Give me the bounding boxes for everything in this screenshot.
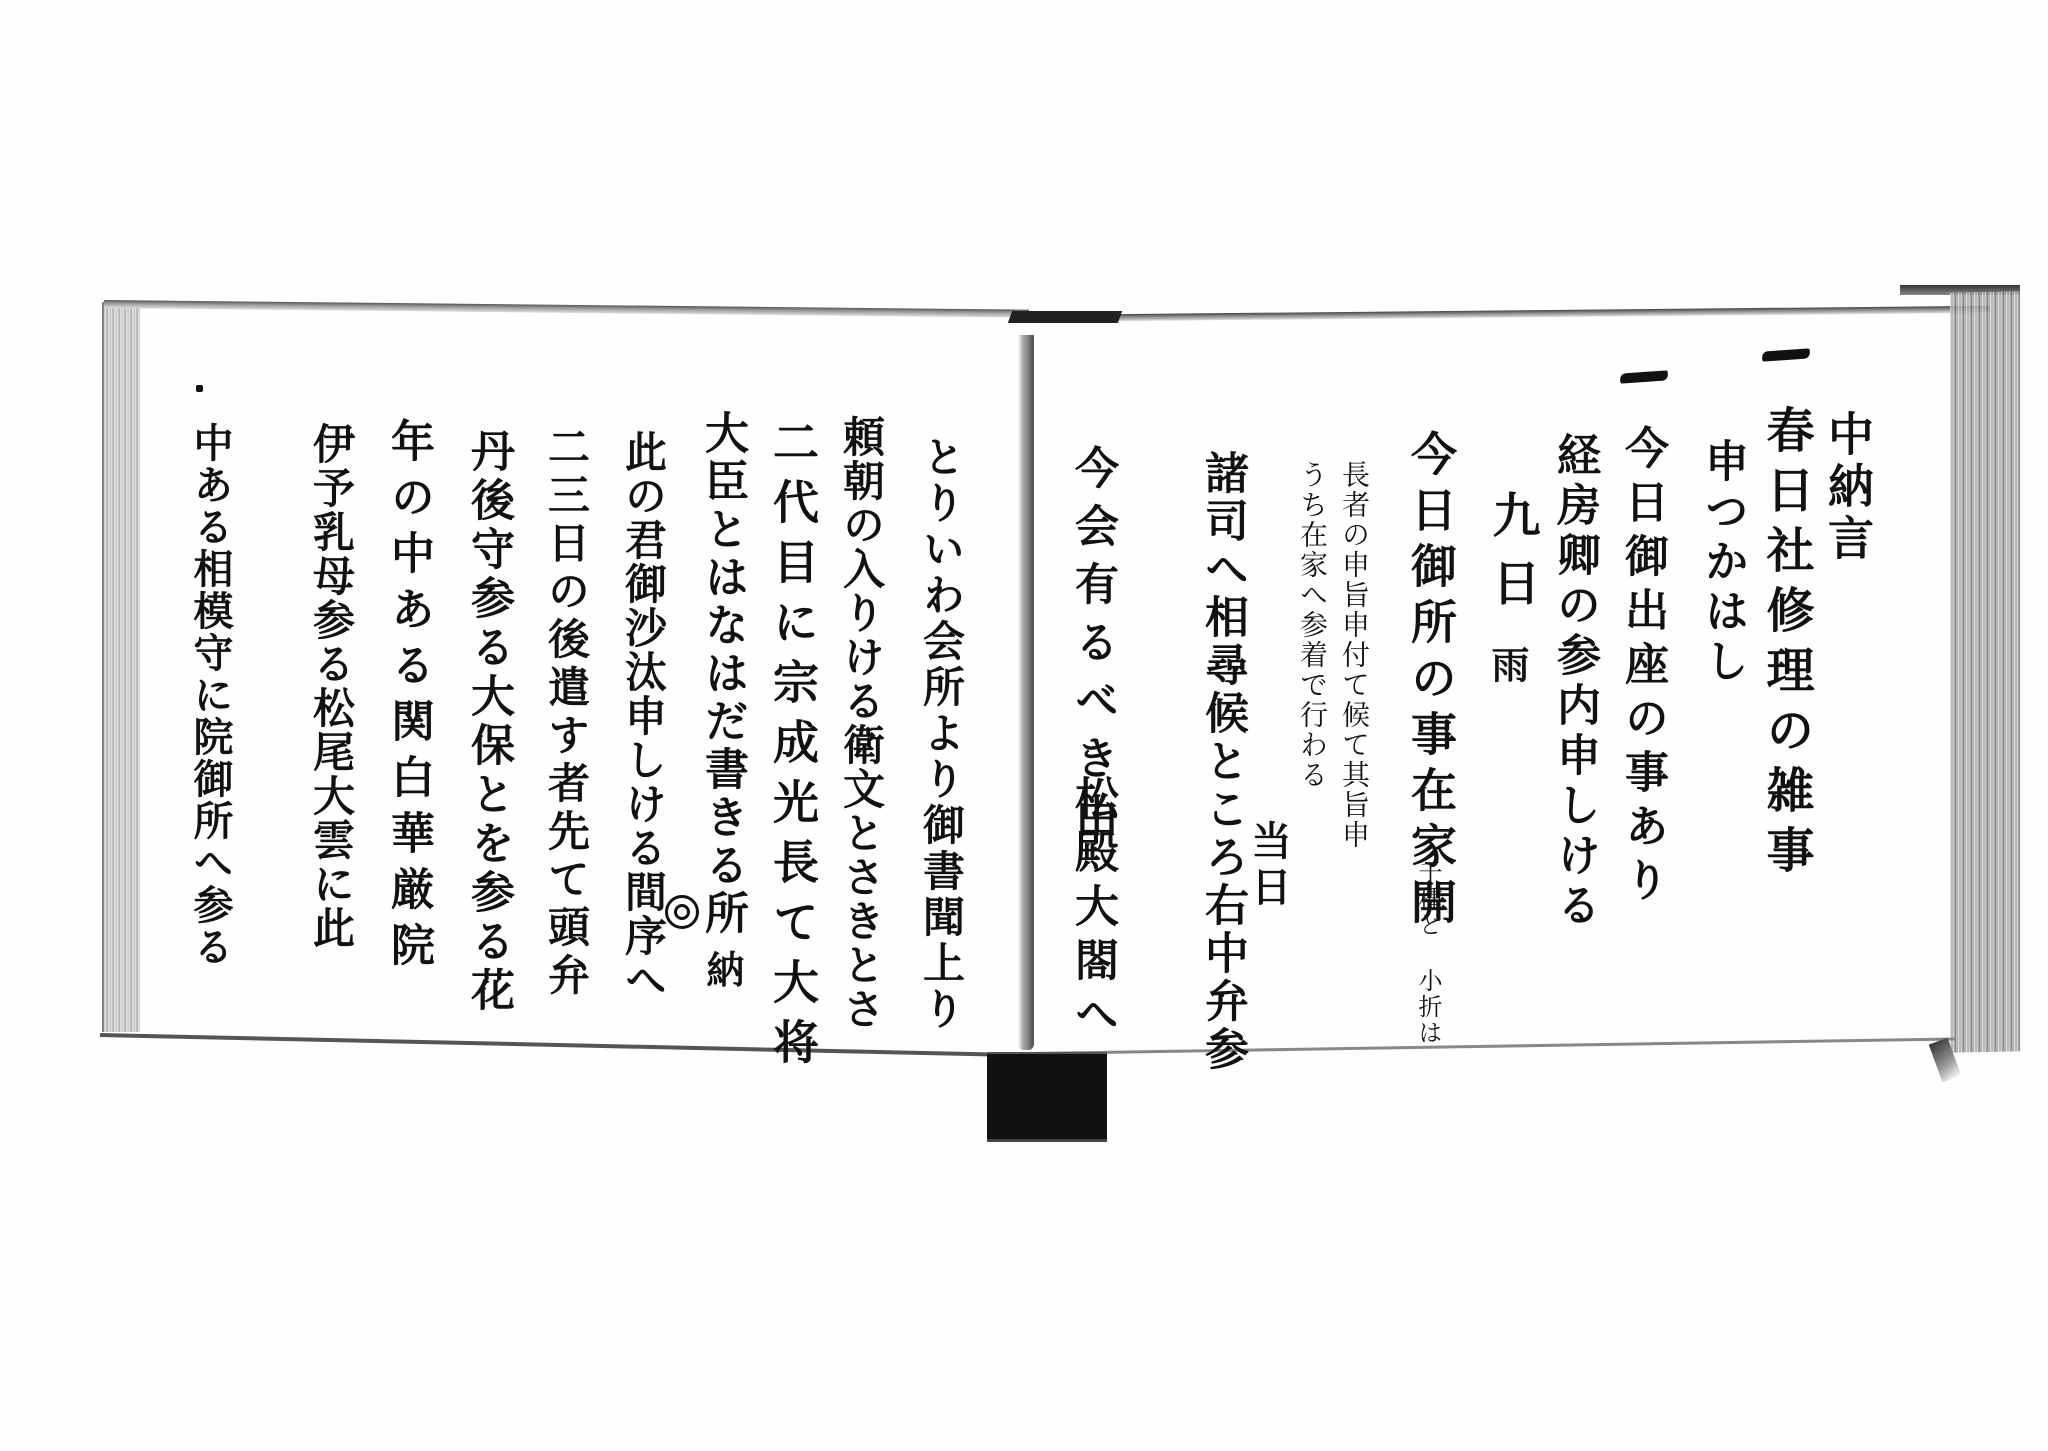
circle-mark bbox=[665, 895, 699, 929]
left-page: とりいわ会所より御書聞上り 頼朝の入りける衛文とさきとさ 二代目に宗成光長て大将… bbox=[140, 310, 1015, 1030]
text-column: 二三日の後遣す者先て頭弁 bbox=[545, 425, 587, 1001]
text-column: 松殿大閤へ bbox=[1070, 775, 1114, 1045]
text-column: 此の君御沙汰申しける間序へ bbox=[622, 430, 664, 1002]
text-column: 二代目に宗成光長て大将 bbox=[770, 418, 816, 1078]
open-book: 中納言 春日社修理の雑事 申つかはし 今日御出座の事あり 経房卿の参内申しける … bbox=[0, 0, 2048, 1451]
text-column: 当日 bbox=[1248, 820, 1288, 912]
text-column: とりいわ会所より御書聞上り bbox=[920, 435, 962, 1033]
right-fore-edge bbox=[1950, 291, 2020, 1052]
left-page-bottom-edge bbox=[100, 1033, 1030, 1057]
text-column: 納 bbox=[703, 950, 741, 994]
text-column: 丹後守参る大保とを参る花 bbox=[466, 428, 510, 1016]
interlinear-note: 千種と 小折は bbox=[1380, 860, 1440, 1046]
text-column: 今日御出座の事あり bbox=[1620, 425, 1664, 911]
text-column: 申つかはし bbox=[1700, 438, 1744, 688]
date-heading: 九日 bbox=[1488, 490, 1536, 626]
text-column: 大臣とはなはだ書きる所 bbox=[700, 410, 744, 938]
item-marker bbox=[1762, 348, 1811, 361]
text-column: 諸司へ相尋候ところ右中弁参 bbox=[1200, 450, 1244, 1074]
text-column-small: 長者の申旨申付て候て其旨申 bbox=[1340, 460, 1368, 850]
text-column: 年の中ある関白華厳院 bbox=[386, 418, 430, 978]
text-column: 経房卿の参内申しける bbox=[1552, 432, 1596, 932]
weather-note: 雨 bbox=[1488, 645, 1526, 689]
item-marker bbox=[1620, 370, 1669, 383]
text-column: 今日御所の事在家開 bbox=[1408, 430, 1454, 934]
text-column: 頼朝の入りける衛文とさきとさ bbox=[840, 415, 882, 1031]
dot-mark bbox=[196, 385, 203, 392]
book-gutter bbox=[1018, 335, 1034, 1050]
spine-black-tab bbox=[987, 1052, 1107, 1142]
text-column-small: うち在家へ参着で行わる bbox=[1298, 460, 1326, 790]
text-column: 中納言 bbox=[1825, 410, 1871, 566]
text-column: 春日社修理の雑事 bbox=[1762, 405, 1810, 885]
text-column: 中ある相模守に院御所へ参る bbox=[190, 422, 230, 968]
text-column: 伊予乳母参る松尾大雲に此 bbox=[310, 422, 352, 950]
left-fore-edge bbox=[102, 302, 140, 1032]
right-page: 中納言 春日社修理の雑事 申つかはし 今日御出座の事あり 経房卿の参内申しける … bbox=[1040, 320, 1940, 1050]
